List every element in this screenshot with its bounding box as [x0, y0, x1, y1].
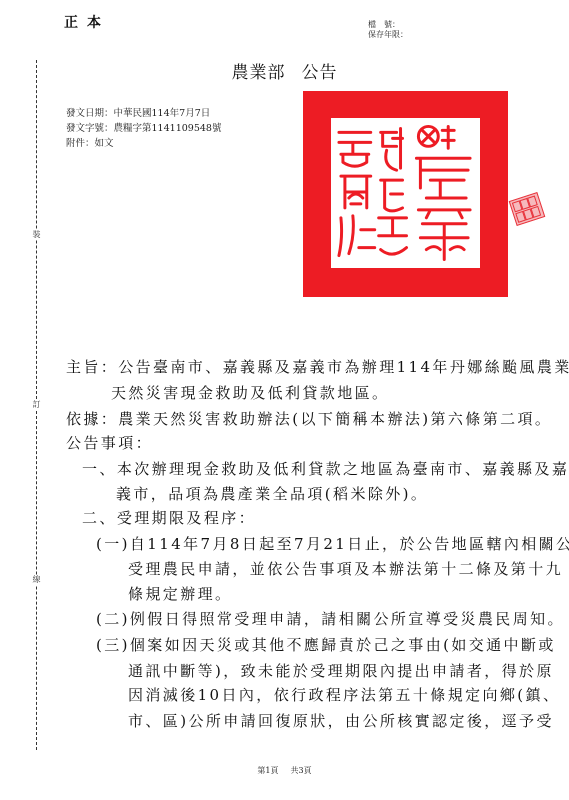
sub-3-line-2: 通訊中斷等)，致未能於受理期限內提出申請者，得於原: [128, 662, 554, 680]
title-org: 農業部: [232, 63, 286, 83]
sub-3-line-4: 市、區)公所申請回復原狀，由公所核實認定後，逕予受: [128, 712, 554, 730]
date-row: 發文日期：中華民國114年7月7日: [66, 105, 210, 119]
sub-1-line-2: 受理農民申請，並依公告事項及本辦法第十二條及第十九: [128, 560, 563, 578]
item-1-marker: 一、: [82, 460, 117, 478]
small-seal-icon: [509, 192, 546, 226]
sub-2-line-1: (二)例假日得照常受理申請，請相關公所宣導受災農民周知。: [96, 610, 565, 628]
file-meta: 檔 號： 保存年限：: [368, 20, 408, 40]
title-type: 公告: [302, 63, 338, 83]
sub-1-text: 自114年7月8日起至7月21日止，於公告地區轄內相關公所: [130, 535, 569, 553]
subject-line-1: 主旨：公告臺南市、嘉義縣及嘉義市為辦理114年丹娜絲颱風農業: [66, 358, 569, 376]
item-1-text: 本次辦理現金救助及低利貸款之地區為臺南市、嘉義縣及嘉: [117, 460, 569, 478]
sub-1-marker: (一): [96, 535, 130, 553]
item-1-line-2: 義市，品項為農產業全品項(稻米除外)。: [116, 485, 428, 503]
sub-3-marker: (三): [96, 636, 130, 654]
binding-mark-zhuang: 裝: [31, 230, 42, 240]
binding-mark-xian: 線: [31, 575, 42, 585]
seal-glyphs: [331, 118, 480, 268]
sub-1-line-1: (一)自114年7月8日起至7月21日止，於公告地區轄內相關公所: [96, 535, 569, 553]
sub-2-marker: (二): [96, 610, 130, 628]
sub-3-text: 個案如因天災或其他不應歸責於己之事由(如交通中斷或: [130, 636, 556, 654]
attachment-row: 附件：如文: [66, 135, 114, 149]
page-current: 第1頁: [257, 766, 278, 775]
sub-2-text: 例假日得照常受理申請，請相關公所宣導受災農民周知。: [130, 610, 565, 628]
file-number-label: 檔 號：: [368, 20, 400, 30]
basis-text: 農業天然災害救助辦法(以下簡稱本辦法)第六條第二項。: [118, 410, 552, 428]
sub-3-line-3: 因消滅後10日內，依行政程序法第五十條規定向鄉(鎮、: [128, 686, 560, 704]
subject-label: 主旨：: [66, 358, 118, 376]
retention-label: 保存年限：: [368, 30, 408, 40]
number-row: 發文字號：農糧字第1141109548號: [66, 120, 221, 134]
subject-line-2: 天然災害現金救助及低利貸款地區。: [111, 384, 389, 402]
items-heading: 公告事項：: [66, 434, 153, 452]
attachment-value: 如文: [95, 138, 114, 149]
page-title: 農業部公告: [0, 58, 569, 83]
basis-line: 依據：農業天然災害救助辦法(以下簡稱本辦法)第六條第二項。: [66, 410, 552, 428]
binding-mark-ding: 訂: [31, 400, 42, 410]
copy-label: 正本: [64, 12, 110, 32]
item-2-line: 二、受理期限及程序：: [82, 509, 256, 527]
item-2-text: 受理期限及程序：: [117, 509, 256, 527]
number-value: 農糧字第1141109548號: [114, 123, 222, 134]
item-1-line-1: 一、本次辦理現金救助及低利貸款之地區為臺南市、嘉義縣及嘉: [82, 460, 569, 478]
sub-3-line-1: (三)個案如因天災或其他不應歸責於己之事由(如交通中斷或: [96, 636, 556, 654]
page-indicator: 第1頁共3頁: [0, 765, 569, 776]
item-2-marker: 二、: [82, 509, 117, 527]
date-value: 中華民國114年7月7日: [114, 108, 211, 119]
date-label: 發文日期：: [66, 108, 114, 119]
basis-label: 依據：: [66, 410, 118, 428]
sub-1-line-3: 條規定辦理。: [128, 585, 232, 603]
page-total: 共3頁: [291, 766, 312, 775]
subject-text: 公告臺南市、嘉義縣及嘉義市為辦理114年丹娜絲颱風農業: [118, 358, 569, 376]
official-seal-icon: [303, 91, 508, 297]
number-label: 發文字號：: [66, 123, 114, 134]
attachment-label: 附件：: [66, 138, 95, 149]
